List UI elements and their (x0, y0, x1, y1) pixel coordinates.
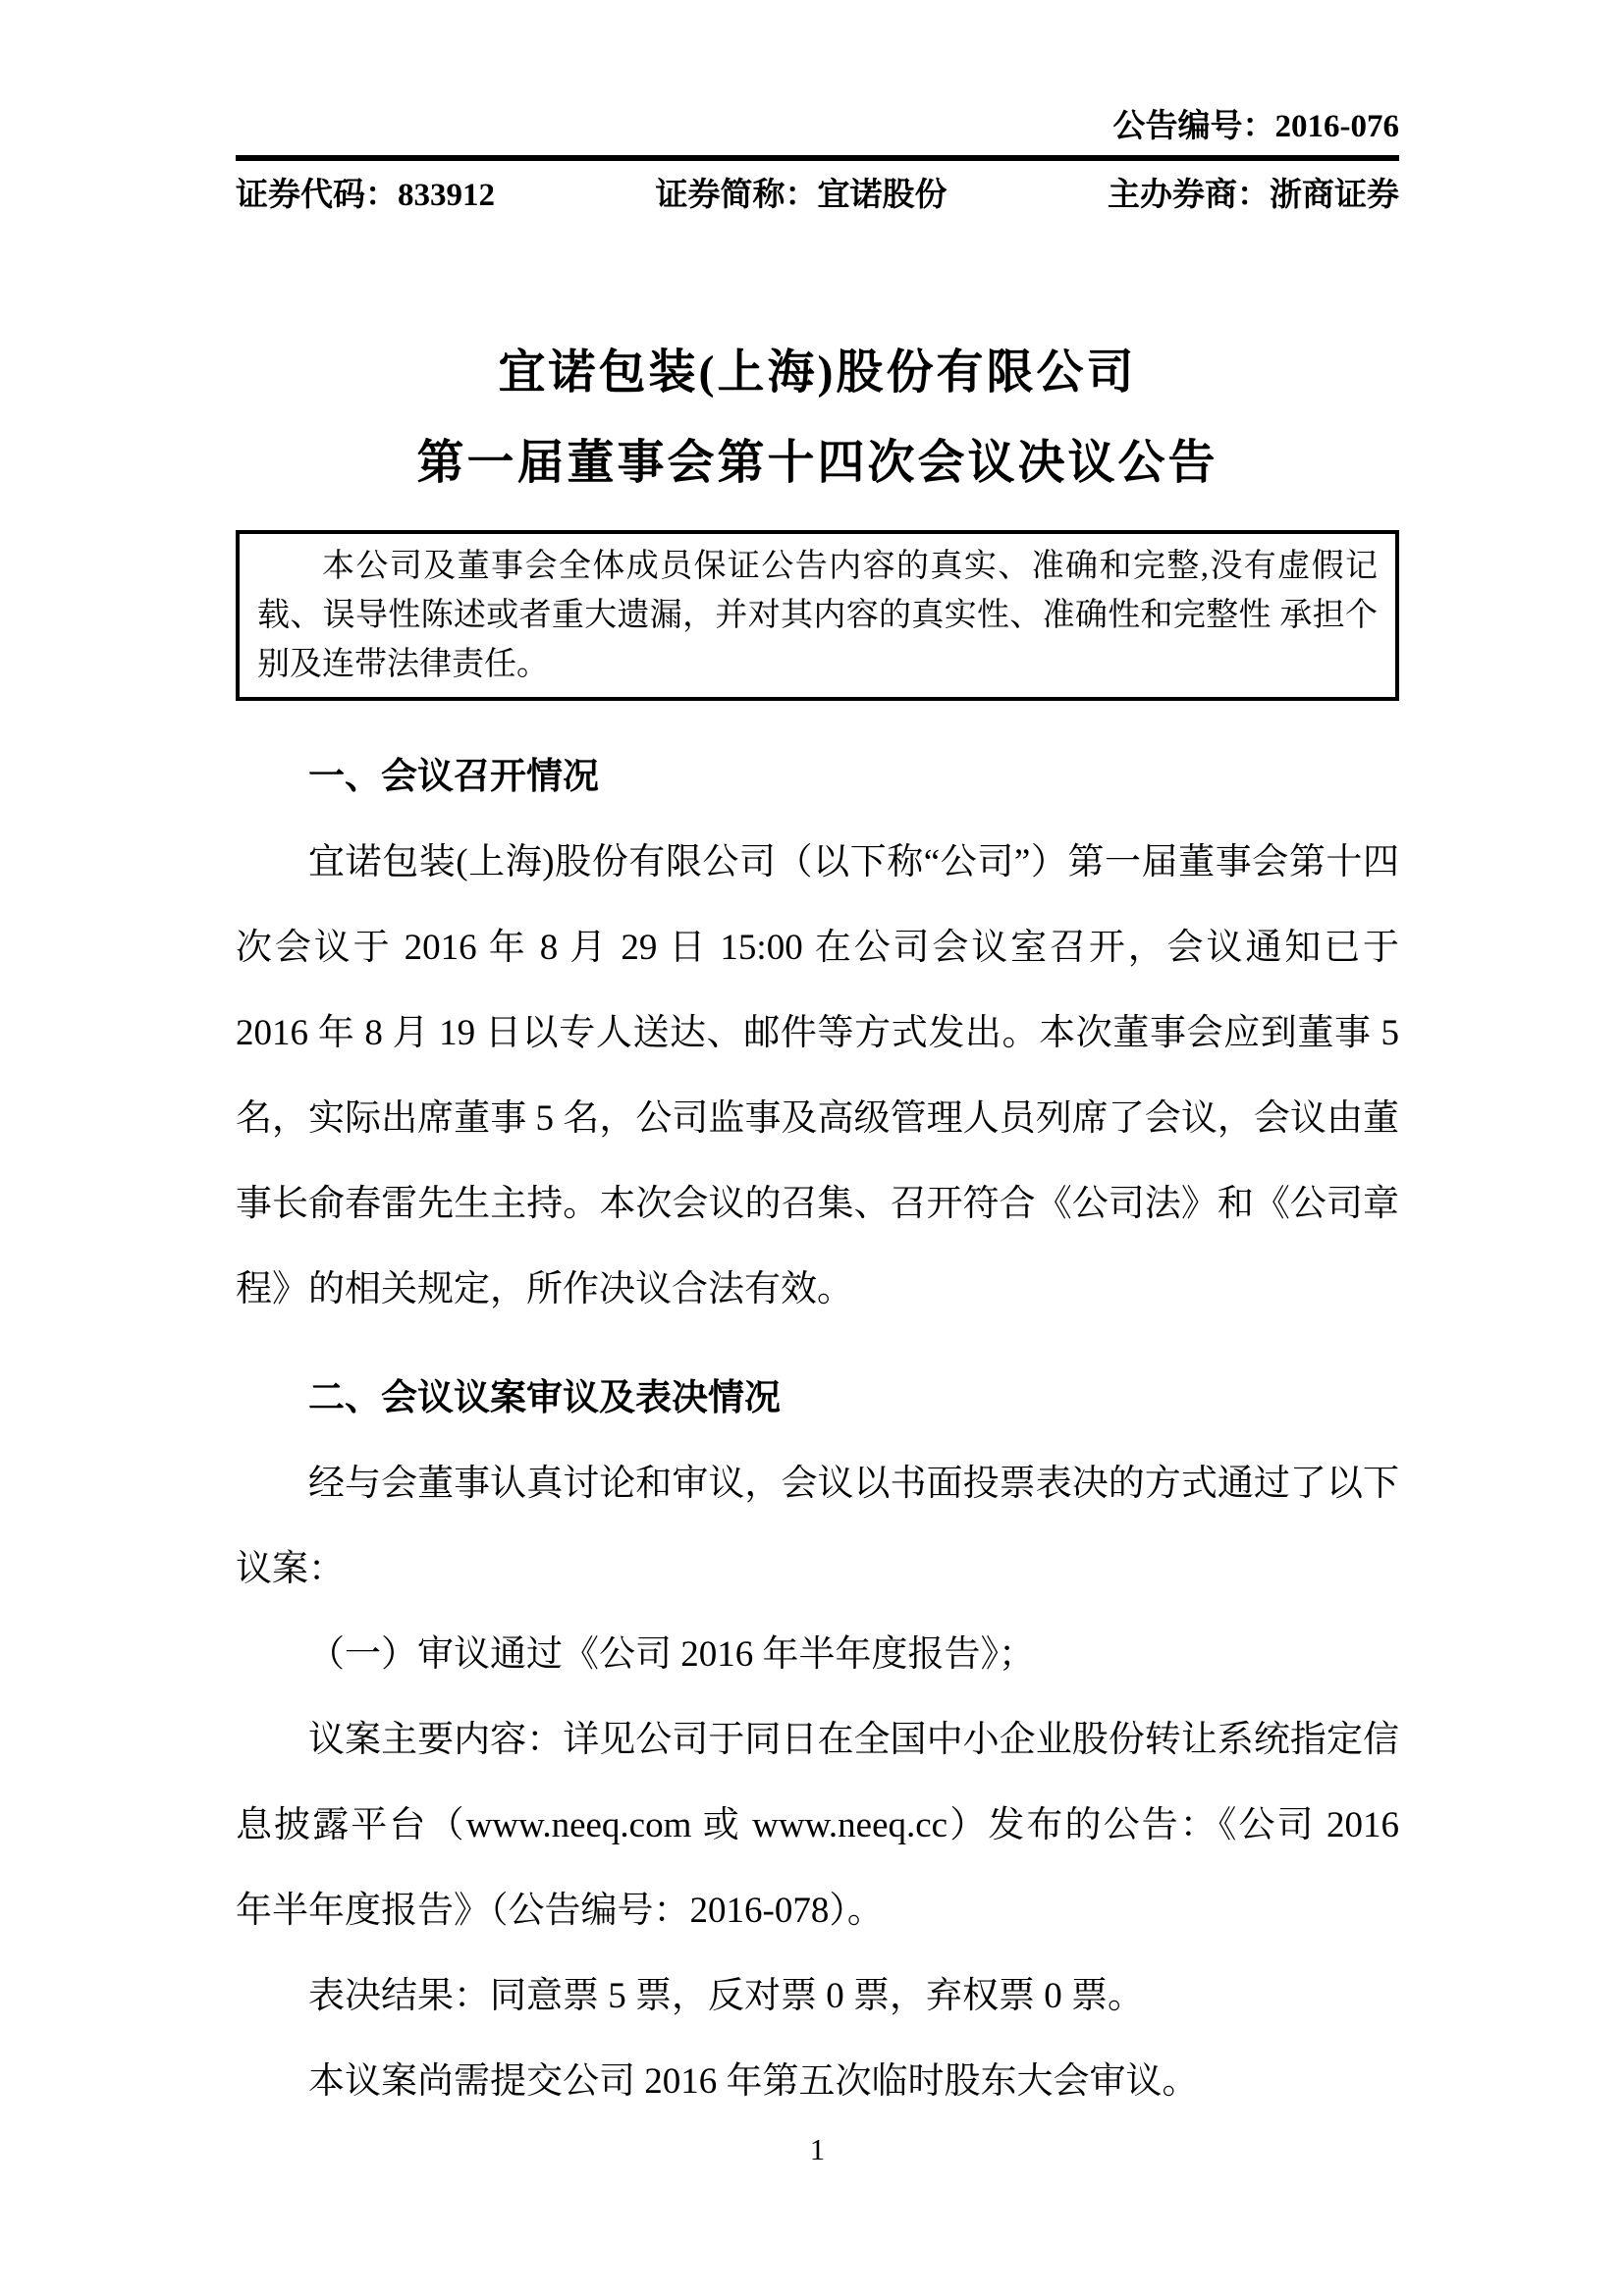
section-1-heading: 一、会议召开情况 (236, 734, 1399, 820)
stock-abbreviation: 证券简称：宜诺股份 (656, 177, 947, 214)
section-2-paragraph-4: 表决结果：同意票 5 票，反对票 0 票，弃权票 0 票。 (236, 1953, 1399, 2039)
header-rule (236, 155, 1399, 161)
document-title: 宜诺包装(上海)股份有限公司 第一届董事会第十四次会议决议公告 (236, 328, 1399, 508)
page-number: 1 (236, 2130, 1399, 2169)
section-2-heading: 二、会议议案审议及表决情况 (236, 1356, 1399, 1441)
securities-header-row: 证券代码：833912 证券简称：宜诺股份 主办券商：浙商证券 (236, 177, 1399, 214)
document-title-line2: 第一届董事会第十四次会议决议公告 (236, 418, 1399, 508)
disclaimer-text: 本公司及董事会全体成员保证公告内容的真实、准确和完整,没有虚假记载、误导性陈述或… (257, 542, 1378, 689)
sponsor-broker: 主办券商：浙商证券 (1108, 177, 1399, 214)
document-page: 公告编号：2016-076 证券代码：833912 证券简称：宜诺股份 主办券商… (0, 0, 1624, 2296)
section-1-paragraph-1: 宜诺包装(上海)股份有限公司（以下称“公司”）第一届董事会第十四次会议于 201… (236, 820, 1399, 1332)
section-2-paragraph-3: 议案主要内容：详见公司于同日在全国中小企业股份转让系统指定信息披露平台（www.… (236, 1697, 1399, 1953)
document-title-line1: 宜诺包装(上海)股份有限公司 (236, 328, 1399, 418)
document-body: 一、会议召开情况 宜诺包装(上海)股份有限公司（以下称“公司”）第一届董事会第十… (236, 734, 1399, 2124)
section-2-paragraph-2: （一）审议通过《公司 2016 年半年度报告》； (236, 1612, 1399, 1697)
section-2-paragraph-5: 本议案尚需提交公司 2016 年第五次临时股东大会审议。 (236, 2039, 1399, 2124)
disclaimer-box: 本公司及董事会全体成员保证公告内容的真实、准确和完整,没有虚假记载、误导性陈述或… (236, 530, 1399, 701)
stock-code: 证券代码：833912 (236, 177, 495, 214)
section-2-paragraph-1: 经与会董事认真讨论和审议，会议以书面投票表决的方式通过了以下议案： (236, 1441, 1399, 1612)
announcement-number: 公告编号：2016-076 (236, 0, 1399, 145)
